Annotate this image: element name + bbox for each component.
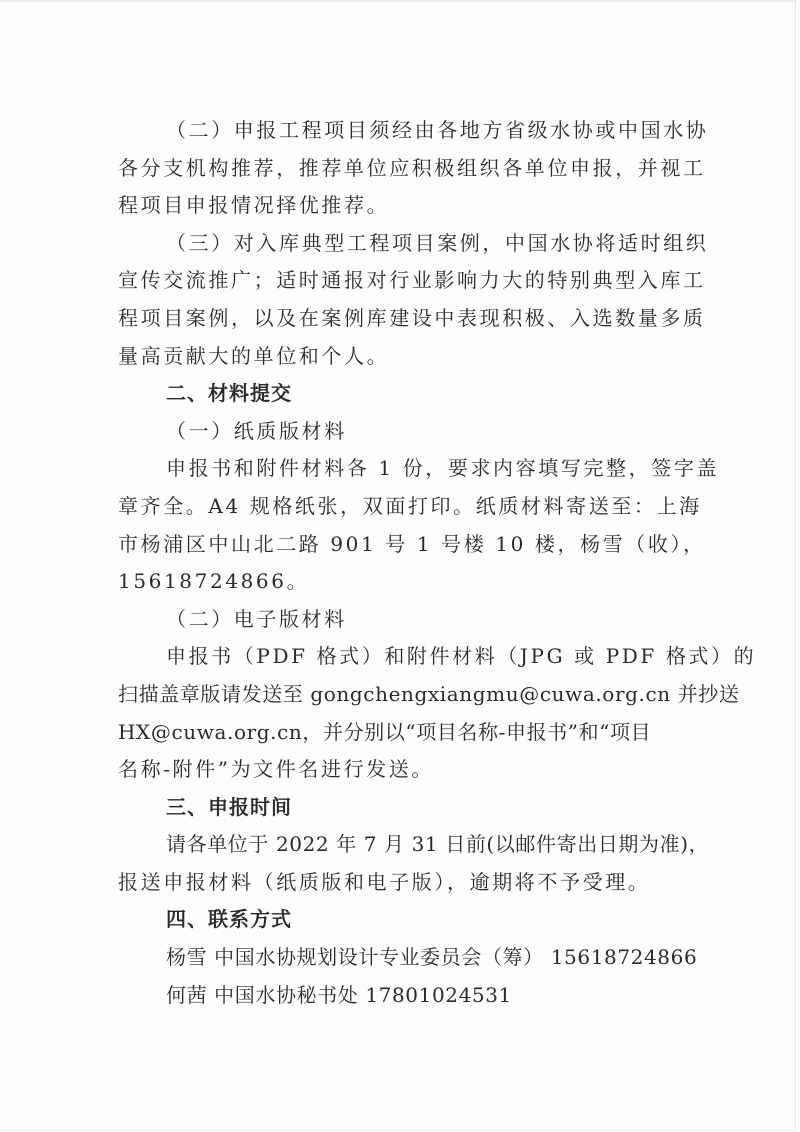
subheading-electronic-materials: （二）电子版材料 bbox=[118, 601, 684, 639]
para-2-line-2: 各分支机构推荐，推荐单位应积极组织各单位申报，并视工 bbox=[118, 150, 684, 188]
paper-para-line-2: 章齐全。A4 规格纸张，双面打印。纸质材料寄送至：上海 bbox=[118, 488, 684, 526]
contact-line-yang-xue: 杨雪 中国水协规划设计专业委员会（筹） 15618724866 bbox=[118, 939, 684, 977]
para-3-line-2: 宣传交流推广；适时通报对行业影响力大的特别典型入库工 bbox=[118, 262, 684, 300]
deadline-para-line-2: 报送申报材料（纸质版和电子版），逾期将不予受理。 bbox=[118, 864, 684, 902]
para-2-line-3: 程项目申报情况择优推荐。 bbox=[118, 187, 684, 225]
para-3-line-1: （三）对入库典型工程项目案例，中国水协将适时组织 bbox=[118, 225, 684, 263]
paper-para-line-4: 15618724866。 bbox=[118, 563, 684, 601]
section-heading-contact: 四、联系方式 bbox=[118, 901, 684, 939]
electronic-para-line-4: 名称-附件”为文件名进行发送。 bbox=[118, 751, 684, 789]
para-3-line-4: 量高贡献大的单位和个人。 bbox=[118, 338, 684, 376]
electronic-para-line-3: HX@cuwa.org.cn，并分别以“项目名称-申报书”和“项目 bbox=[118, 714, 684, 752]
electronic-para-line-2: 扫描盖章版请发送至 gongchengxiangmu@cuwa.org.cn 并… bbox=[118, 676, 684, 714]
section-heading-deadline: 三、申报时间 bbox=[118, 789, 684, 827]
para-2-line-1: （二）申报工程项目须经由各地方省级水协或中国水协 bbox=[118, 112, 684, 150]
para-3-line-3: 程项目案例，以及在案例库建设中表现积极、入选数量多质 bbox=[118, 300, 684, 338]
document-body: （二）申报工程项目须经由各地方省级水协或中国水协 各分支机构推荐，推荐单位应积极… bbox=[118, 112, 684, 1014]
contact-line-he-qian: 何茜 中国水协秘书处 17801024531 bbox=[118, 977, 684, 1015]
electronic-para-line-1: 申报书（PDF 格式）和附件材料（JPG 或 PDF 格式）的 bbox=[118, 638, 684, 676]
section-heading-materials: 二、材料提交 bbox=[118, 375, 684, 413]
paper-para-line-3: 市杨浦区中山北二路 901 号 1 号楼 10 楼，杨雪（收）， bbox=[118, 526, 684, 564]
subheading-paper-materials: （一）纸质版材料 bbox=[118, 413, 684, 451]
paper-para-line-1: 申报书和附件材料各 1 份，要求内容填写完整，签字盖 bbox=[118, 450, 684, 488]
page-top-edge bbox=[0, 0, 795, 2]
deadline-para-line-1: 请各单位于 2022 年 7 月 31 日前(以邮件寄出日期为准)， bbox=[118, 826, 684, 864]
document-page: （二）申报工程项目须经由各地方省级水协或中国水协 各分支机构推荐，推荐单位应积极… bbox=[0, 0, 796, 1131]
